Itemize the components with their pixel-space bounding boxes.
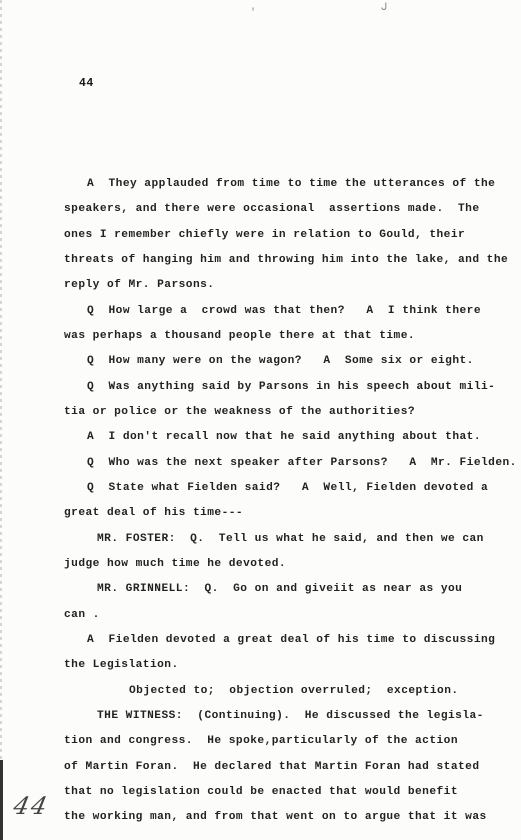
transcript-line: Q Who was the next speaker after Parsons…: [87, 457, 517, 469]
transcript-line: judge how much time he devoted.: [64, 558, 286, 570]
transcript-line: Objected to; objection overruled; except…: [129, 685, 459, 697]
transcript-line: A I don't recall now that he said anythi…: [87, 431, 481, 443]
scan-artifact-mark: ': [250, 8, 256, 19]
scan-artifact-mark: ᒍ: [381, 2, 387, 14]
transcript-line: speakers, and there were occasional asse…: [64, 203, 480, 215]
transcript-line: THE WITNESS: (Continuing). He discussed …: [97, 710, 484, 722]
transcript-line: that no legislation could be enacted tha…: [64, 786, 458, 798]
transcript-line: can .: [64, 609, 100, 621]
transcript-line: great deal of his time---: [64, 507, 243, 519]
transcript-line: of Martin Foran. He declared that Martin…: [64, 761, 480, 773]
transcript-line: Q State what Fielden said? A Well, Field…: [87, 482, 488, 494]
page-number: 44: [79, 77, 94, 90]
scan-edge-shadow: [0, 760, 3, 840]
transcript-line: threats of hanging him and throwing him …: [64, 254, 508, 266]
transcript-line: ones I remember chiefly were in relation…: [64, 229, 465, 241]
transcript-line: tion and congress. He spoke,particularly…: [64, 735, 458, 747]
transcript-line: reply of Mr. Parsons.: [64, 279, 214, 291]
transcript-line: the Legislation.: [64, 659, 179, 671]
transcript-line: A Fielden devoted a great deal of his ti…: [87, 634, 495, 646]
transcript-line: A They applauded from time to time the u…: [87, 178, 495, 190]
transcript-line: Q How large a crowd was that then? A I t…: [87, 305, 481, 317]
handwritten-page-number: 44: [11, 792, 51, 820]
transcript-line: Q How many were on the wagon? A Some six…: [87, 355, 474, 367]
transcript-line: the working man, and from that went on t…: [64, 811, 487, 823]
document-page: ' ᒍ 44 A They applauded from time to tim…: [0, 0, 521, 840]
transcript-line: MR. GRINNELL: Q. Go on and giveiit as ne…: [97, 583, 462, 595]
transcript-line: was perhaps a thousand people there at t…: [64, 330, 415, 342]
transcript-line: Q Was anything said by Parsons in his sp…: [87, 381, 495, 393]
scan-edge: [0, 0, 2, 840]
transcript-line: tia or police or the weakness of the aut…: [64, 406, 415, 418]
transcript-line: MR. FOSTER: Q. Tell us what he said, and…: [97, 533, 484, 545]
